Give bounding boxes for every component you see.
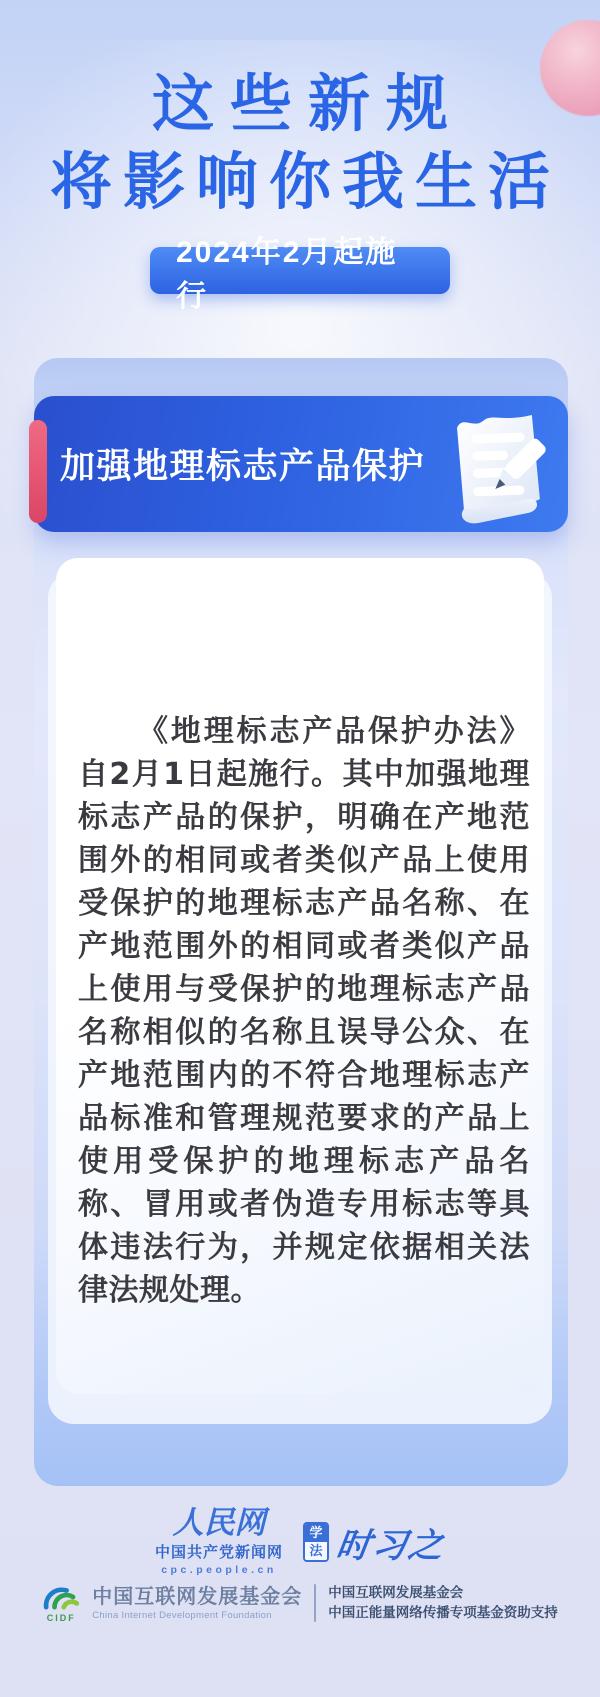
support-line2: 中国正能量网络传播专项基金资助支持: [328, 1603, 558, 1623]
section-title: 加强地理标志产品保护: [60, 396, 425, 532]
cidf-logo: CIDF: [42, 1584, 80, 1623]
peoples-daily-script-logo: 人民网: [155, 1508, 283, 1538]
page-title-line1: 这些新规: [0, 66, 600, 144]
cpc-news-site-url: cpc.people.cn: [155, 1564, 283, 1576]
body-card: 《地理标志产品保护办法》自2月1日起施行。其中加强地理标志产品的保护，明确在产地…: [56, 558, 544, 1394]
xuefa-seal-icon: 学 法: [303, 1522, 329, 1562]
effective-date-badge: 2024年2月起施行: [150, 247, 450, 294]
page-title-line2: 将影响你我生活: [0, 144, 600, 222]
cidf-name-en: China Internet Development Foundation: [92, 1611, 302, 1621]
xuefa-shixizhi-logo: 学 法 时习之: [303, 1518, 445, 1567]
regulation-body-text: 《地理标志产品保护办法》自2月1日起施行。其中加强地理标志产品的保护，明确在产地…: [78, 710, 530, 1312]
support-line1: 中国互联网发展基金会: [328, 1583, 558, 1603]
footer-divider: [314, 1584, 316, 1622]
xuefa-seal-top-char: 学: [305, 1524, 327, 1542]
page-title: 这些新规 将影响你我生活: [0, 66, 600, 222]
footer-sponsor: CIDF 中国互联网发展基金会 China Internet Developme…: [0, 1583, 600, 1624]
cidf-names: 中国互联网发展基金会 China Internet Development Fo…: [92, 1586, 302, 1621]
pink-bookmark-tab: [29, 420, 47, 523]
cidf-name-cn: 中国互联网发展基金会: [92, 1586, 302, 1608]
xuefa-seal-bottom-char: 法: [305, 1542, 327, 1560]
section-header-card: 加强地理标志产品保护: [34, 396, 568, 532]
document-pen-icon: [436, 404, 558, 526]
cpc-news-site-name: 中国共产党新闻网: [155, 1541, 283, 1562]
support-text: 中国互联网发展基金会 中国正能量网络传播专项基金资助支持: [328, 1583, 558, 1624]
footer-logos: 人民网 中国共产党新闻网 cpc.people.cn 学 法 时习之: [0, 1508, 600, 1576]
cidf-arcs-icon: [42, 1584, 80, 1610]
peoples-daily-logo: 人民网 中国共产党新闻网 cpc.people.cn: [155, 1508, 283, 1576]
poster: 这些新规 将影响你我生活 2024年2月起施行 加强地理标志产品保护: [0, 0, 600, 1697]
cidf-acronym: CIDF: [42, 1613, 80, 1623]
shixizhi-wordmark: 时习之: [334, 1518, 449, 1567]
